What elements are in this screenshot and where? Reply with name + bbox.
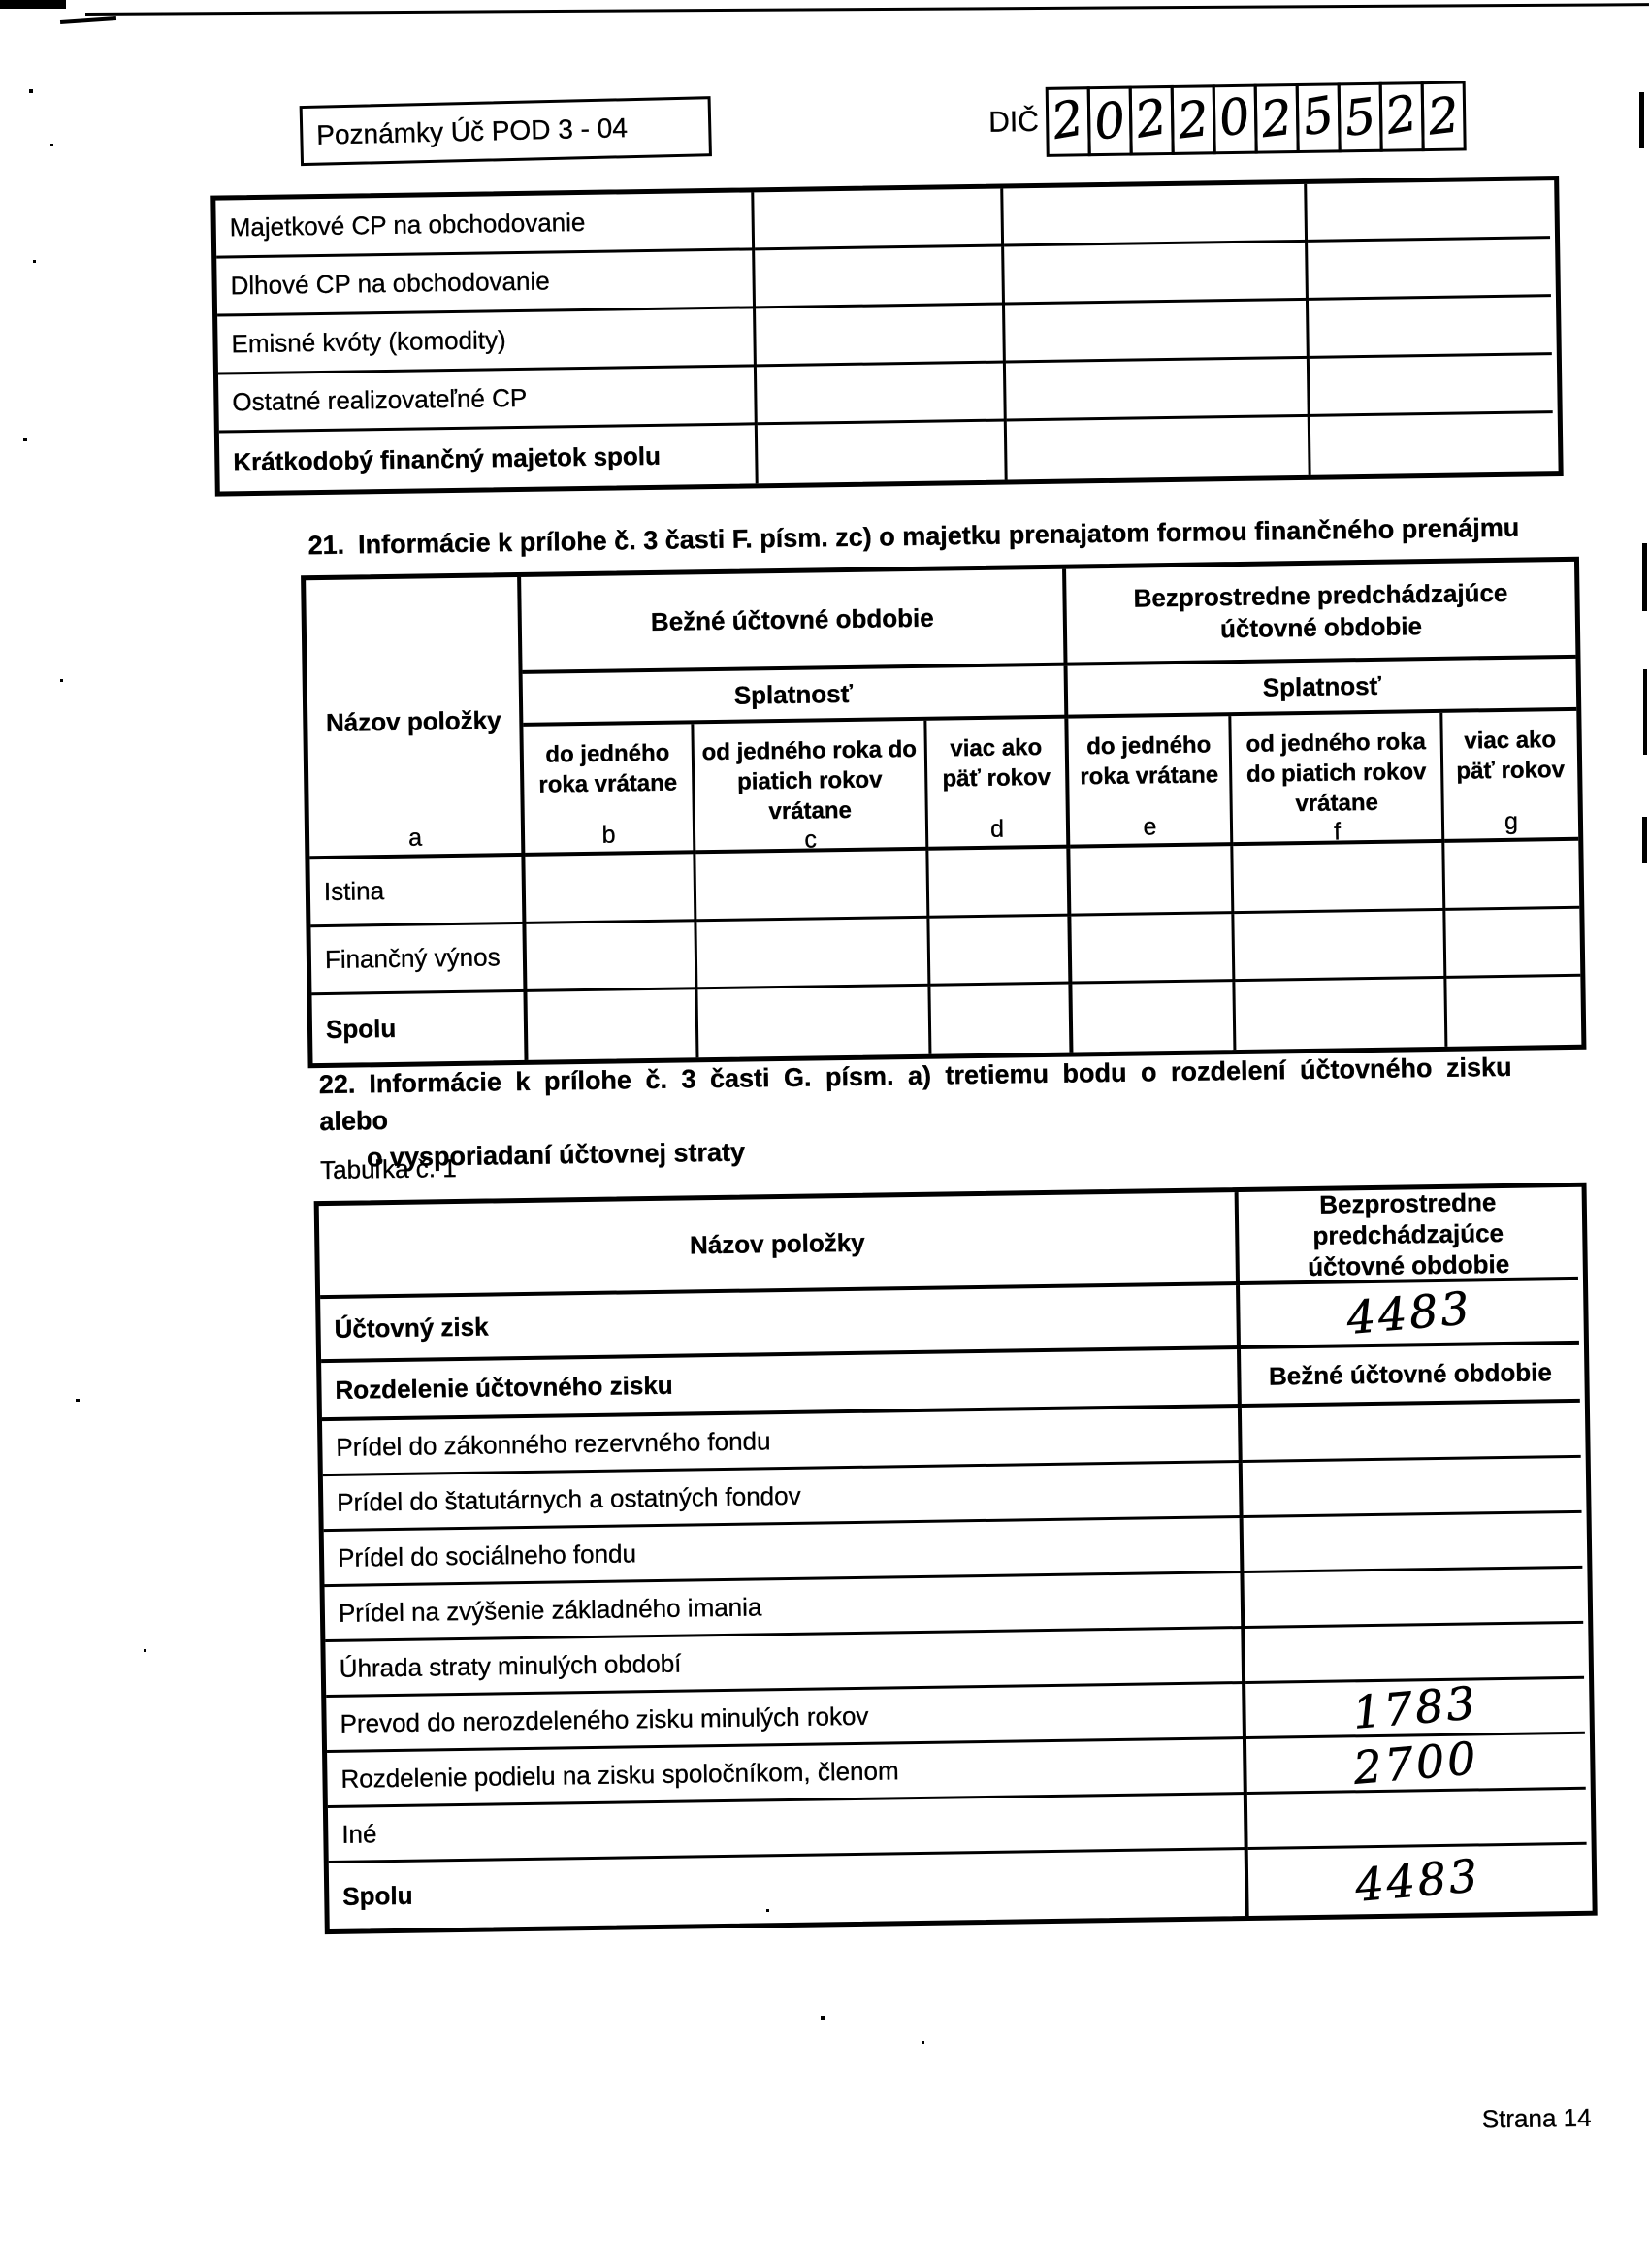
previous-period-header: Bezprostredne predchádzajúce účtovné obd…: [1066, 562, 1575, 666]
maturity-header-current: Splatnosť: [523, 666, 1069, 727]
column-header-cell: od jedného roka do piatich rokov vrátane…: [694, 721, 928, 855]
column-letter: d: [990, 816, 1004, 846]
dic-digit: 0: [1214, 87, 1254, 148]
empty-cell: [755, 247, 1005, 309]
dic-digit: 0: [1091, 91, 1129, 150]
section-number: 21.: [307, 531, 344, 561]
dic-cell: 5: [1337, 82, 1382, 153]
empty-cell: [928, 849, 1071, 919]
empty-cell: [1234, 911, 1446, 982]
column-header-cell: viac ako päť rokov d: [926, 719, 1070, 851]
column-header: viac ako päť rokov: [927, 732, 1066, 794]
dic-digit: 2: [1381, 84, 1421, 146]
empty-cell: [695, 851, 929, 923]
dic-cell: 2: [1253, 83, 1299, 154]
empty-cell: [526, 922, 697, 992]
table-row-label: Finančný výnos: [310, 924, 527, 995]
empty-cell: [527, 989, 698, 1060]
maturity-header-previous: Splatnosť: [1068, 659, 1577, 719]
empty-cell: [1245, 1624, 1584, 1684]
current-period-header: Bežné účtovné obdobie: [521, 569, 1067, 674]
dic-cell: 5: [1295, 82, 1341, 153]
empty-cell: [929, 917, 1072, 987]
empty-cell: [696, 919, 930, 990]
empty-cell: [1235, 979, 1447, 1050]
handwritten-value: 1783: [1350, 1676, 1479, 1739]
dic-cell: 0: [1212, 84, 1257, 155]
section-number: 22.: [319, 1070, 356, 1100]
dic-digit: 5: [1342, 87, 1379, 146]
dic-digit: 2: [1258, 89, 1296, 148]
column-letter: g: [1504, 808, 1518, 838]
empty-cell: [1309, 355, 1553, 417]
empty-cell: [1308, 239, 1551, 301]
empty-cell: [1445, 909, 1580, 979]
section-title: Informácie k prílohe č. 3 časti F. písm.…: [358, 513, 1520, 560]
empty-cell: [1003, 184, 1308, 247]
column-header-cell: do jedného roka vrátane b: [523, 724, 695, 857]
profit-distribution-table: Názov položky Bezprostredne predchádzajú…: [314, 1183, 1598, 1934]
empty-cell: [757, 364, 1007, 426]
empty-cell: [1244, 1569, 1583, 1629]
empty-cell: [1309, 297, 1552, 359]
table-row-label: Istina: [309, 857, 526, 927]
empty-cell: [756, 306, 1006, 368]
dic-cell: 2: [1045, 86, 1090, 157]
column-header-cell: do jedného roka vrátane e: [1068, 716, 1233, 848]
empty-cell: [1242, 1403, 1581, 1463]
scan-artifact: [1642, 817, 1647, 863]
column-header-cell: viac ako päť rokov g: [1442, 711, 1578, 843]
value-cell: 4483: [1240, 1280, 1579, 1349]
dic-digit: 2: [1175, 90, 1212, 149]
dic-digit: 2: [1048, 89, 1087, 150]
empty-cell: [1244, 1513, 1583, 1573]
empty-cell: [1072, 982, 1236, 1052]
scan-artifact: [1642, 543, 1647, 611]
dic-cell: 2: [1170, 84, 1215, 155]
scan-artifact: [1643, 669, 1647, 755]
value-cell: 4483: [1248, 1845, 1588, 1916]
column-header: viac ako päť rokov: [1443, 725, 1578, 787]
dic-cell: 2: [1420, 81, 1466, 151]
section-title-line1: Informácie k prílohe č. 3 časti G. písm.…: [319, 1053, 1512, 1136]
dic-cell: 0: [1086, 86, 1132, 157]
table-row-label: Spolu: [329, 1850, 1249, 1929]
dic-cells: 2 0 2 2 0 2 5 5 2 2: [1048, 81, 1466, 156]
empty-cell: [697, 987, 931, 1058]
empty-cell: [1310, 413, 1554, 475]
page-number: Strana 14: [1482, 2103, 1592, 2135]
finance-lease-table: Názov položky a Bežné účtovné obdobie Be…: [301, 557, 1586, 1068]
table-row-label: Krátkodobý finančný majetok spolu: [219, 425, 759, 491]
empty-cell: [1247, 1790, 1587, 1850]
dic-digit: 5: [1298, 85, 1338, 146]
value-cell: 2700: [1246, 1734, 1586, 1795]
empty-cell: [1070, 846, 1234, 916]
name-column-header: Názov položky: [319, 1192, 1240, 1299]
dic-cell: 2: [1378, 81, 1424, 152]
scan-artifact: [1639, 92, 1644, 148]
scanned-page: Poznámky Úč POD 3 - 04 DIČ 2 0 2 2 0 2 5…: [0, 0, 1649, 2268]
table-row-label: Ostatné realizovateľné CP: [218, 367, 758, 433]
empty-cell: [1307, 180, 1550, 243]
section-21-heading: 21.Informácie k prílohe č. 3 časti F. pí…: [307, 512, 1549, 561]
name-column-header: Názov položky: [326, 703, 501, 739]
short-term-financial-assets-table: Majetkové CP na obchodovanie Dlhové CP n…: [210, 176, 1563, 497]
handwritten-value: 2700: [1351, 1732, 1480, 1795]
dic-digit: 2: [1425, 86, 1463, 146]
value-cell: 1783: [1245, 1679, 1585, 1739]
empty-cell: [1004, 243, 1309, 306]
empty-cell: [1444, 841, 1579, 911]
table-row-label: Dlhové CP na obchodovanie: [216, 250, 756, 316]
column-header: do jedného roka vrátane: [524, 737, 693, 800]
dic-digit: 2: [1131, 88, 1171, 149]
current-period-label: Bežné účtovné obdobie: [1269, 1357, 1552, 1391]
value-cell: Bežné účtovné obdobie: [1241, 1345, 1580, 1408]
column-header: do jedného roka vrátane: [1069, 729, 1230, 792]
empty-cell: [525, 854, 696, 924]
handwritten-value: 4483: [1353, 1849, 1482, 1912]
form-type-label: Poznámky Úč POD 3 - 04: [316, 113, 628, 151]
form-type-box: Poznámky Úč POD 3 - 04: [300, 96, 712, 166]
column-header: od jedného roka do piatich rokov vrátane: [1232, 727, 1441, 820]
section-22-heading: 22.Informácie k prílohe č. 3 časti G. pí…: [319, 1048, 1553, 1177]
dic-label: DIČ: [988, 106, 1039, 140]
table-row-label: Majetkové CP na obchodovanie: [215, 192, 755, 258]
empty-cell: [754, 189, 1004, 251]
column-letter: e: [1143, 813, 1156, 843]
table-row-label: Spolu: [311, 992, 528, 1063]
empty-cell: [930, 985, 1073, 1054]
name-column-header-cell: Názov položky a: [306, 577, 525, 859]
empty-cell: [1446, 977, 1581, 1047]
empty-cell: [1071, 914, 1235, 984]
dic-field: DIČ 2 0 2 2 0 2 5 5 2 2: [988, 81, 1467, 157]
empty-cell: [1006, 359, 1310, 422]
empty-cell: [1007, 417, 1311, 480]
handwritten-value: 4483: [1344, 1281, 1473, 1345]
empty-cell: [1243, 1458, 1582, 1518]
dic-cell: 2: [1128, 85, 1174, 156]
table-row-label: Emisné kvóty (komodity): [217, 308, 757, 374]
value-column-header: Bezprostredne predchádzajúce účtovné obd…: [1239, 1187, 1578, 1285]
column-letter: a: [408, 824, 422, 854]
column-header-cell: od jedného roka do piatich rokov vrátane…: [1231, 713, 1444, 846]
empty-cell: [1233, 843, 1445, 914]
column-letter: b: [601, 822, 615, 852]
table-caption: Tabuľka č. 1: [320, 1153, 457, 1185]
column-header: od jedného roka do piatich rokov vrátane: [695, 734, 925, 828]
empty-cell: [1005, 301, 1309, 364]
empty-cell: [758, 421, 1008, 483]
